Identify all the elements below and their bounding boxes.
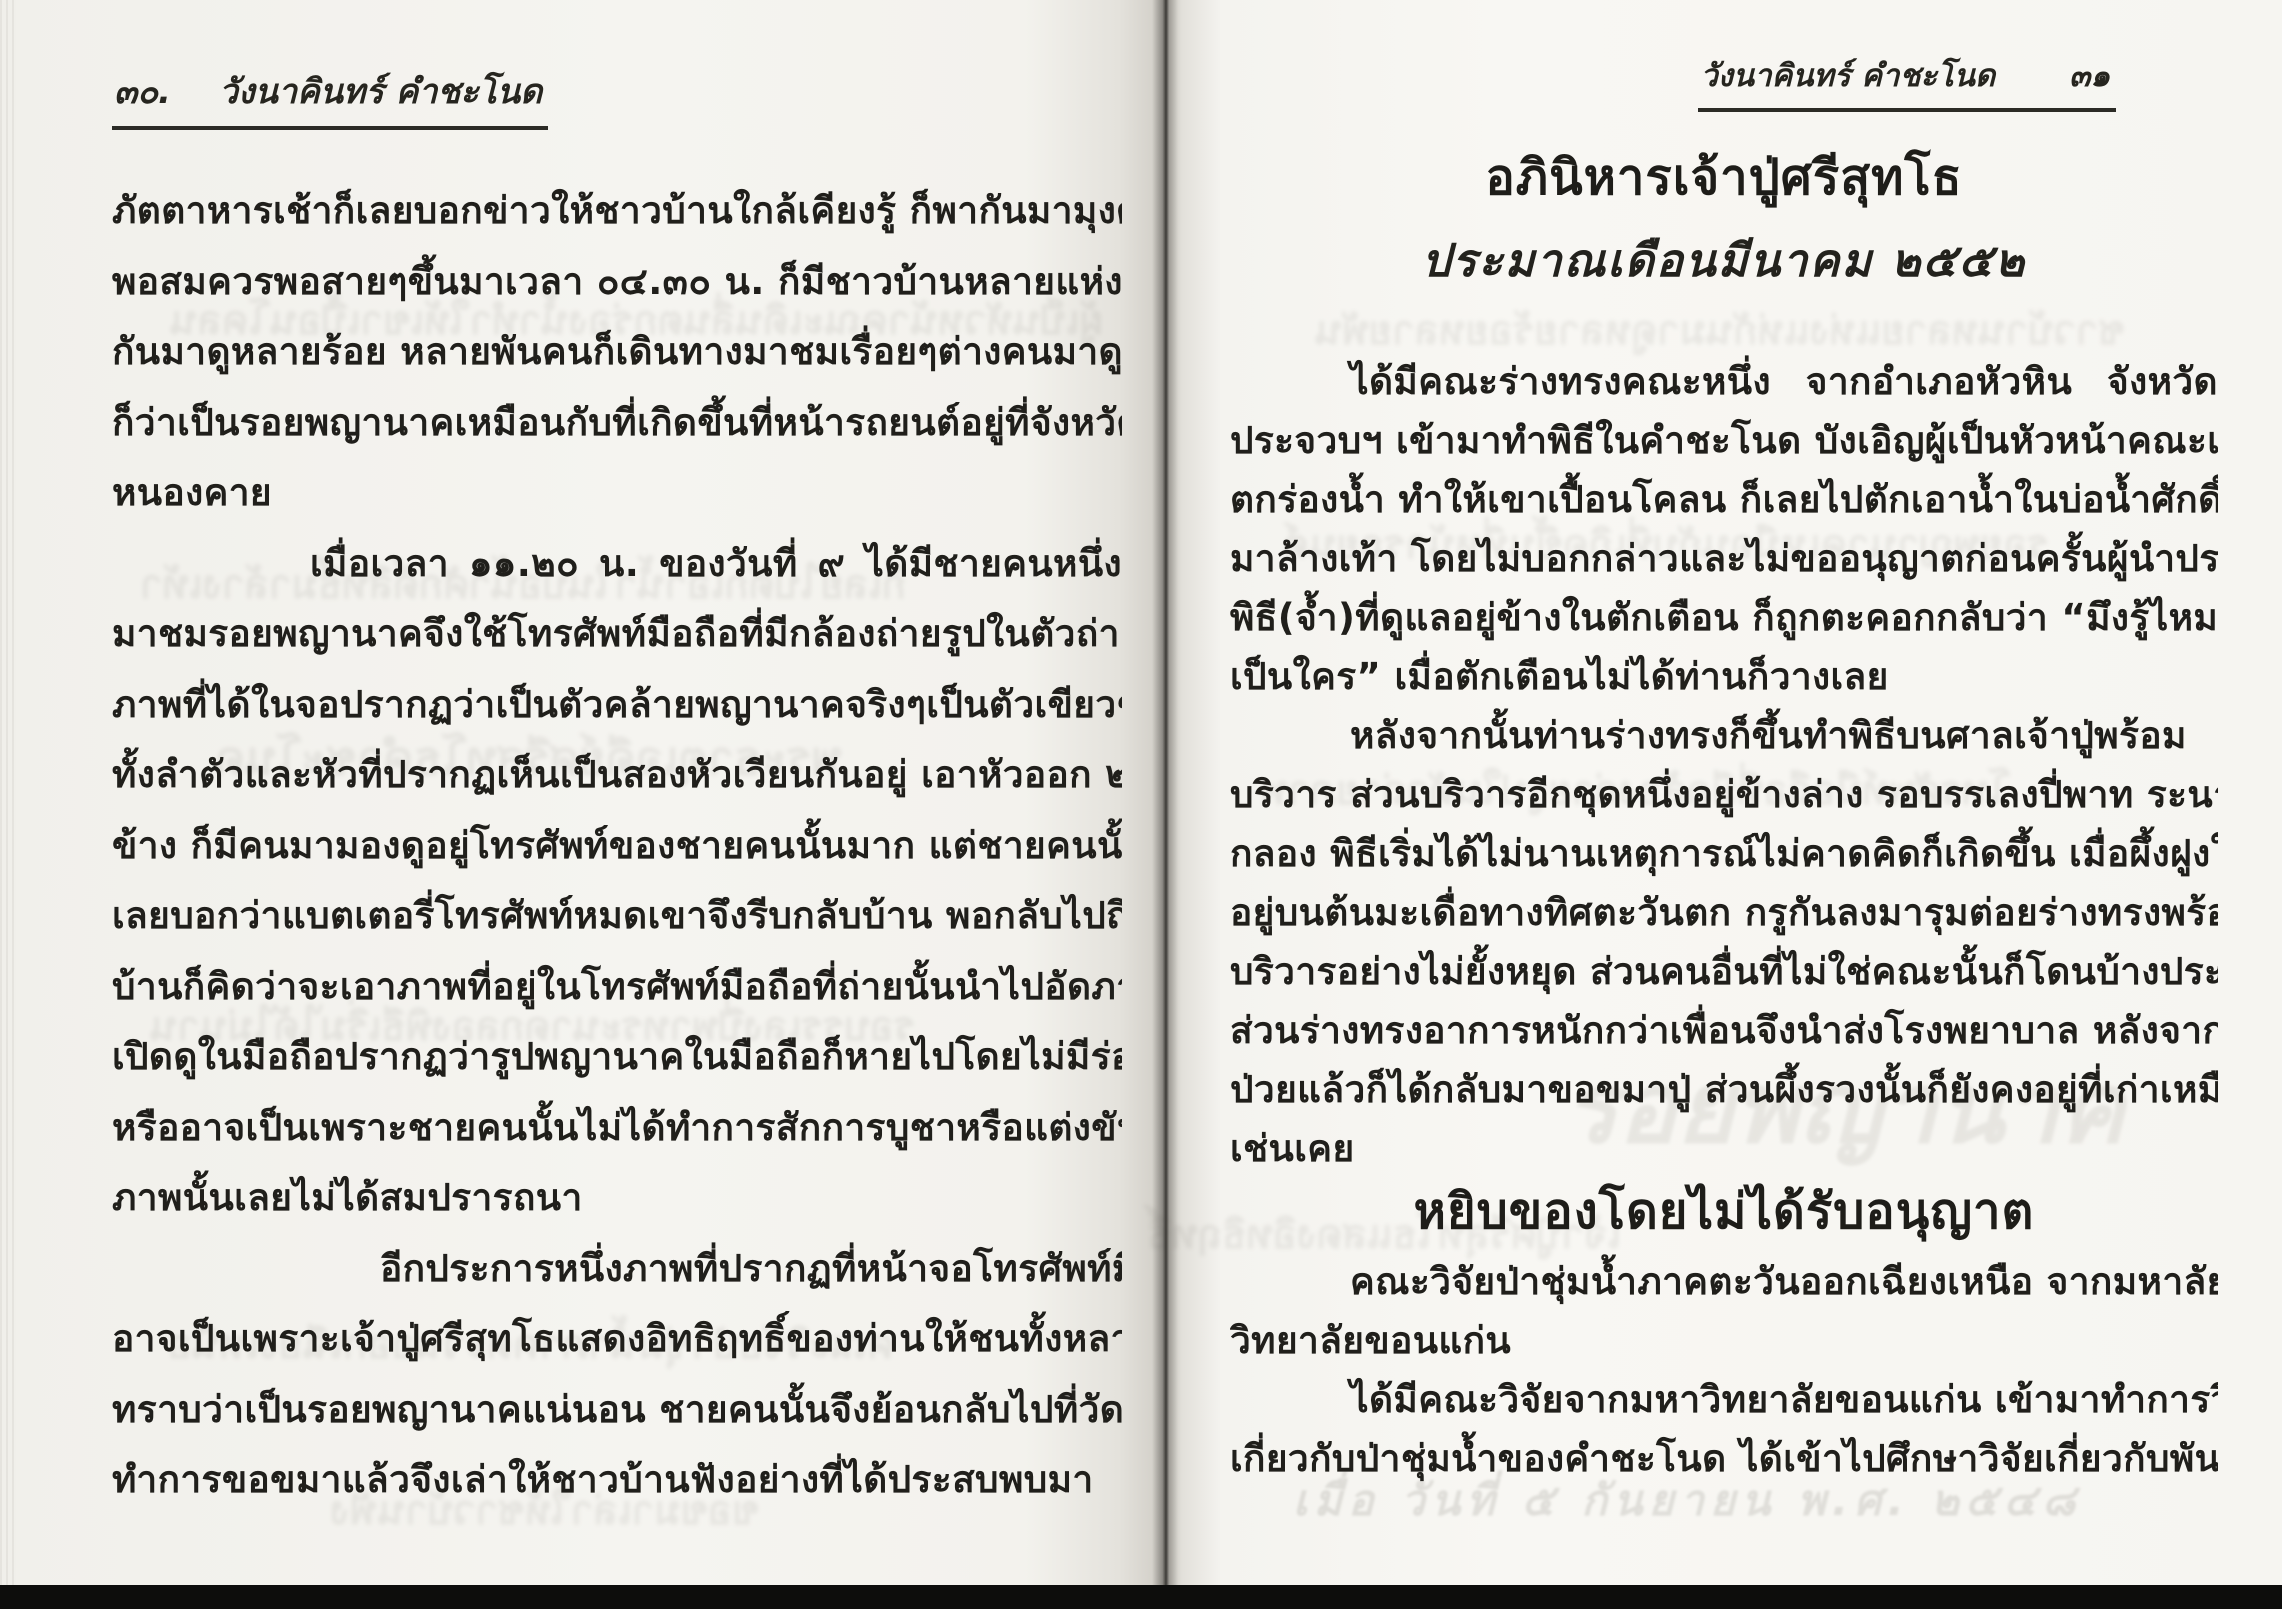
paragraph: เมื่อเวลา ๑๑.๒๐ น. ของวันที่ ๙ ได้มีชายค… bbox=[112, 529, 1122, 1234]
text-line: บ้านก็คิดว่าจะเอาภาพที่อยู่ในโทรศัพท์มือ… bbox=[112, 952, 1122, 1023]
text-line: ป่วยแล้วก็ได้กลับมาขอขมาปู่ ส่วนผึ้งรวงน… bbox=[1230, 1060, 2218, 1119]
text-line: บริวาร ส่วนบริวารอีกชุดหนึ่งอยู่ข้างล่าง… bbox=[1230, 765, 2218, 824]
book-scan: ผู้เป็นหัวหน้าคณะเดินลื่นตกร่องน้ำทำให้เ… bbox=[0, 0, 2282, 1609]
text-line: วิทยาลัยขอนแก่น bbox=[1230, 1311, 2218, 1370]
text-line: คณะวิจัยป่าชุ่มน้ำภาคตะวันออกเฉียงเหนือ … bbox=[1230, 1252, 2218, 1311]
page-right-31: ชาวบ้านหลายแห่งแห่กันมาดูหลายร้อยหลายพัน… bbox=[1165, 0, 2282, 1609]
text-line: มาชมรอยพญานาคจึงใช้โทรศัพท์มือถือที่มีกล… bbox=[112, 599, 1122, 670]
text-line: พิธี(จ้ำ)ที่ดูแลอยู่ข้างในตักเตือน ก็ถูก… bbox=[1230, 588, 2218, 647]
text-line: ภัตตาหารเช้าก็เลยบอกข่าวให้ชาวบ้านใกล้เค… bbox=[112, 176, 1122, 247]
text-line: ก็ว่าเป็นรอยพญานาคเหมือนกับที่เกิดขึ้นที… bbox=[112, 388, 1122, 459]
section-subtitle-date: ประมาณเดือนมีนาคม ๒๕๕๒ bbox=[1230, 224, 2218, 296]
running-title: วังนาคินทร์ คำชะโนด bbox=[219, 72, 542, 112]
page-number: ๓๐. bbox=[114, 72, 171, 112]
text-line: อีกประการหนึ่งภาพที่ปรากฏที่หน้าจอโทรศัพ… bbox=[112, 1234, 1122, 1305]
section1-body-text: ได้มีคณะร่างทรงคณะหนึ่ง จากอำเภอหัวหิน จ… bbox=[1230, 352, 2218, 1178]
book-gutter-shadow bbox=[1152, 0, 1178, 1609]
running-title: วังนาคินทร์ คำชะโนด bbox=[1700, 58, 1995, 94]
text-line: เลยบอกว่าแบตเตอรี่โทรศัพท์หมดเขาจึงรีบกล… bbox=[112, 881, 1122, 952]
text-line: พอสมควรพอสายๆขึ้นมาเวลา ๐๔.๓๐ น. ก็มีชาว… bbox=[112, 247, 1122, 318]
page-body-text: ภัตตาหารเช้าก็เลยบอกข่าวให้ชาวบ้านใกล้เค… bbox=[112, 176, 1122, 1516]
text-line: ภาพนั้นเลยไม่ได้สมปรารถนา bbox=[112, 1163, 1122, 1234]
page-left-30: ผู้เป็นหัวหน้าคณะเดินลื่นตกร่องน้ำทำให้เ… bbox=[0, 0, 1165, 1609]
text-line: เกี่ยวกับป่าชุ่มน้ำของคำชะโนด ได้เข้าไปศ… bbox=[1230, 1429, 2218, 1488]
text-line: ข้าง ก็มีคนมามองดูอยู่โทรศัพท์ของชายคนนั… bbox=[112, 811, 1122, 882]
text-line: หรืออาจเป็นเพราะชายคนนั้นไม่ได้ทำการสักก… bbox=[112, 1093, 1122, 1164]
text-line: อยู่บนต้นมะเดื่อทางทิศตะวันตก กรูกันลงมา… bbox=[1230, 883, 2218, 942]
text-line: ภาพที่ได้ในจอปรากฏว่าเป็นตัวคล้ายพญานาคจ… bbox=[112, 670, 1122, 741]
paragraph: ภัตตาหารเช้าก็เลยบอกข่าวให้ชาวบ้านใกล้เค… bbox=[112, 176, 1122, 529]
text-line: มาล้างเท้า โดยไม่บอกกล่าวและไม่ขออนุญาตก… bbox=[1230, 529, 2218, 588]
section-title-miracle: อภินิหารเจ้าปู่ศรีสุทโธ bbox=[1230, 138, 2218, 216]
paragraph: ได้มีคณะร่างทรงคณะหนึ่ง จากอำเภอหัวหิน จ… bbox=[1230, 352, 2218, 706]
text-line: ทั้งลำตัวและหัวที่ปรากฏเห็นเป็นสองหัวเวี… bbox=[112, 740, 1122, 811]
page-number: ๓๑ bbox=[2069, 58, 2110, 94]
text-line: บริวารอย่างไม่ยั้งหยุด ส่วนคนอื่นที่ไม่ใ… bbox=[1230, 942, 2218, 1001]
text-line: ส่วนร่างทรงอาการหนักกว่าเพื่อนจึงนำส่งโร… bbox=[1230, 1001, 2218, 1060]
text-line: ได้มีคณะร่างทรงคณะหนึ่ง จากอำเภอหัวหิน จ… bbox=[1230, 352, 2218, 411]
text-line: ตกร่องน้ำ ทำให้เขาเปื้อนโคลน ก็เลยไปตักเ… bbox=[1230, 470, 2218, 529]
paragraph: คณะวิจัยป่าชุ่มน้ำภาคตะวันออกเฉียงเหนือ … bbox=[1230, 1252, 2218, 1370]
scan-edge-left bbox=[0, 0, 16, 1609]
paragraph: อีกประการหนึ่งภาพที่ปรากฏที่หน้าจอโทรศัพ… bbox=[112, 1234, 1122, 1516]
text-line: เป็นใคร” เมื่อตักเตือนไม่ได้ท่านก็วางเลย bbox=[1230, 647, 2218, 706]
section-title-taking-without-permission: หยิบของโดยไม่ได้รับอนุญาต bbox=[1230, 1172, 2218, 1250]
header-underline: วังนาคินทร์ คำชะโนด๓๑ bbox=[1698, 50, 2116, 112]
text-line: เช่นเคย bbox=[1230, 1119, 2218, 1178]
text-line: เมื่อเวลา ๑๑.๒๐ น. ของวันที่ ๙ ได้มีชายค… bbox=[112, 529, 1122, 600]
header-underline: ๓๐.วังนาคินทร์ คำชะโนด bbox=[112, 64, 548, 130]
text-line: อาจเป็นเพราะเจ้าปู่ศรีสุทโธแสดงอิทธิฤทธิ… bbox=[112, 1304, 1122, 1375]
text-line: ได้มีคณะวิจัยจากมหาวิทยาลัยขอนแก่น เข้าม… bbox=[1230, 1370, 2218, 1429]
text-line: ทำการขอขมาแล้วจึงเล่าให้ชาวบ้านฟังอย่างท… bbox=[112, 1445, 1122, 1516]
text-line: ประจวบฯ เข้ามาทำพิธีในคำชะโนด บังเอิญผู้… bbox=[1230, 411, 2218, 470]
text-line: หลังจากนั้นท่านร่างทรงก็ขึ้นทำพิธีบนศาลเ… bbox=[1230, 706, 2218, 765]
text-line: กลอง พิธีเริ่มได้ไม่นานเหตุการณ์ไม่คาดคิ… bbox=[1230, 824, 2218, 883]
text-line: ทราบว่าเป็นรอยพญานาคแน่นอน ชายคนนั้นจึงย… bbox=[112, 1375, 1122, 1446]
running-header-left: ๓๐.วังนาคินทร์ คำชะโนด bbox=[112, 64, 548, 130]
text-line: หนองคาย bbox=[112, 458, 1122, 529]
paragraph: หลังจากนั้นท่านร่างทรงก็ขึ้นทำพิธีบนศาลเ… bbox=[1230, 706, 2218, 1178]
running-header-right: วังนาคินทร์ คำชะโนด๓๑ bbox=[1698, 50, 2116, 112]
scan-edge-bottom bbox=[0, 1585, 2282, 1609]
section2-body-text: คณะวิจัยป่าชุ่มน้ำภาคตะวันออกเฉียงเหนือ … bbox=[1230, 1252, 2218, 1488]
text-line: กันมาดูหลายร้อย หลายพันคนก็เดินทางมาชมเร… bbox=[112, 317, 1122, 388]
paragraph: ได้มีคณะวิจัยจากมหาวิทยาลัยขอนแก่น เข้าม… bbox=[1230, 1370, 2218, 1488]
text-line: เปิดดูในมือถือปรากฏว่ารูปพญานาคในมือถือก… bbox=[112, 1022, 1122, 1093]
